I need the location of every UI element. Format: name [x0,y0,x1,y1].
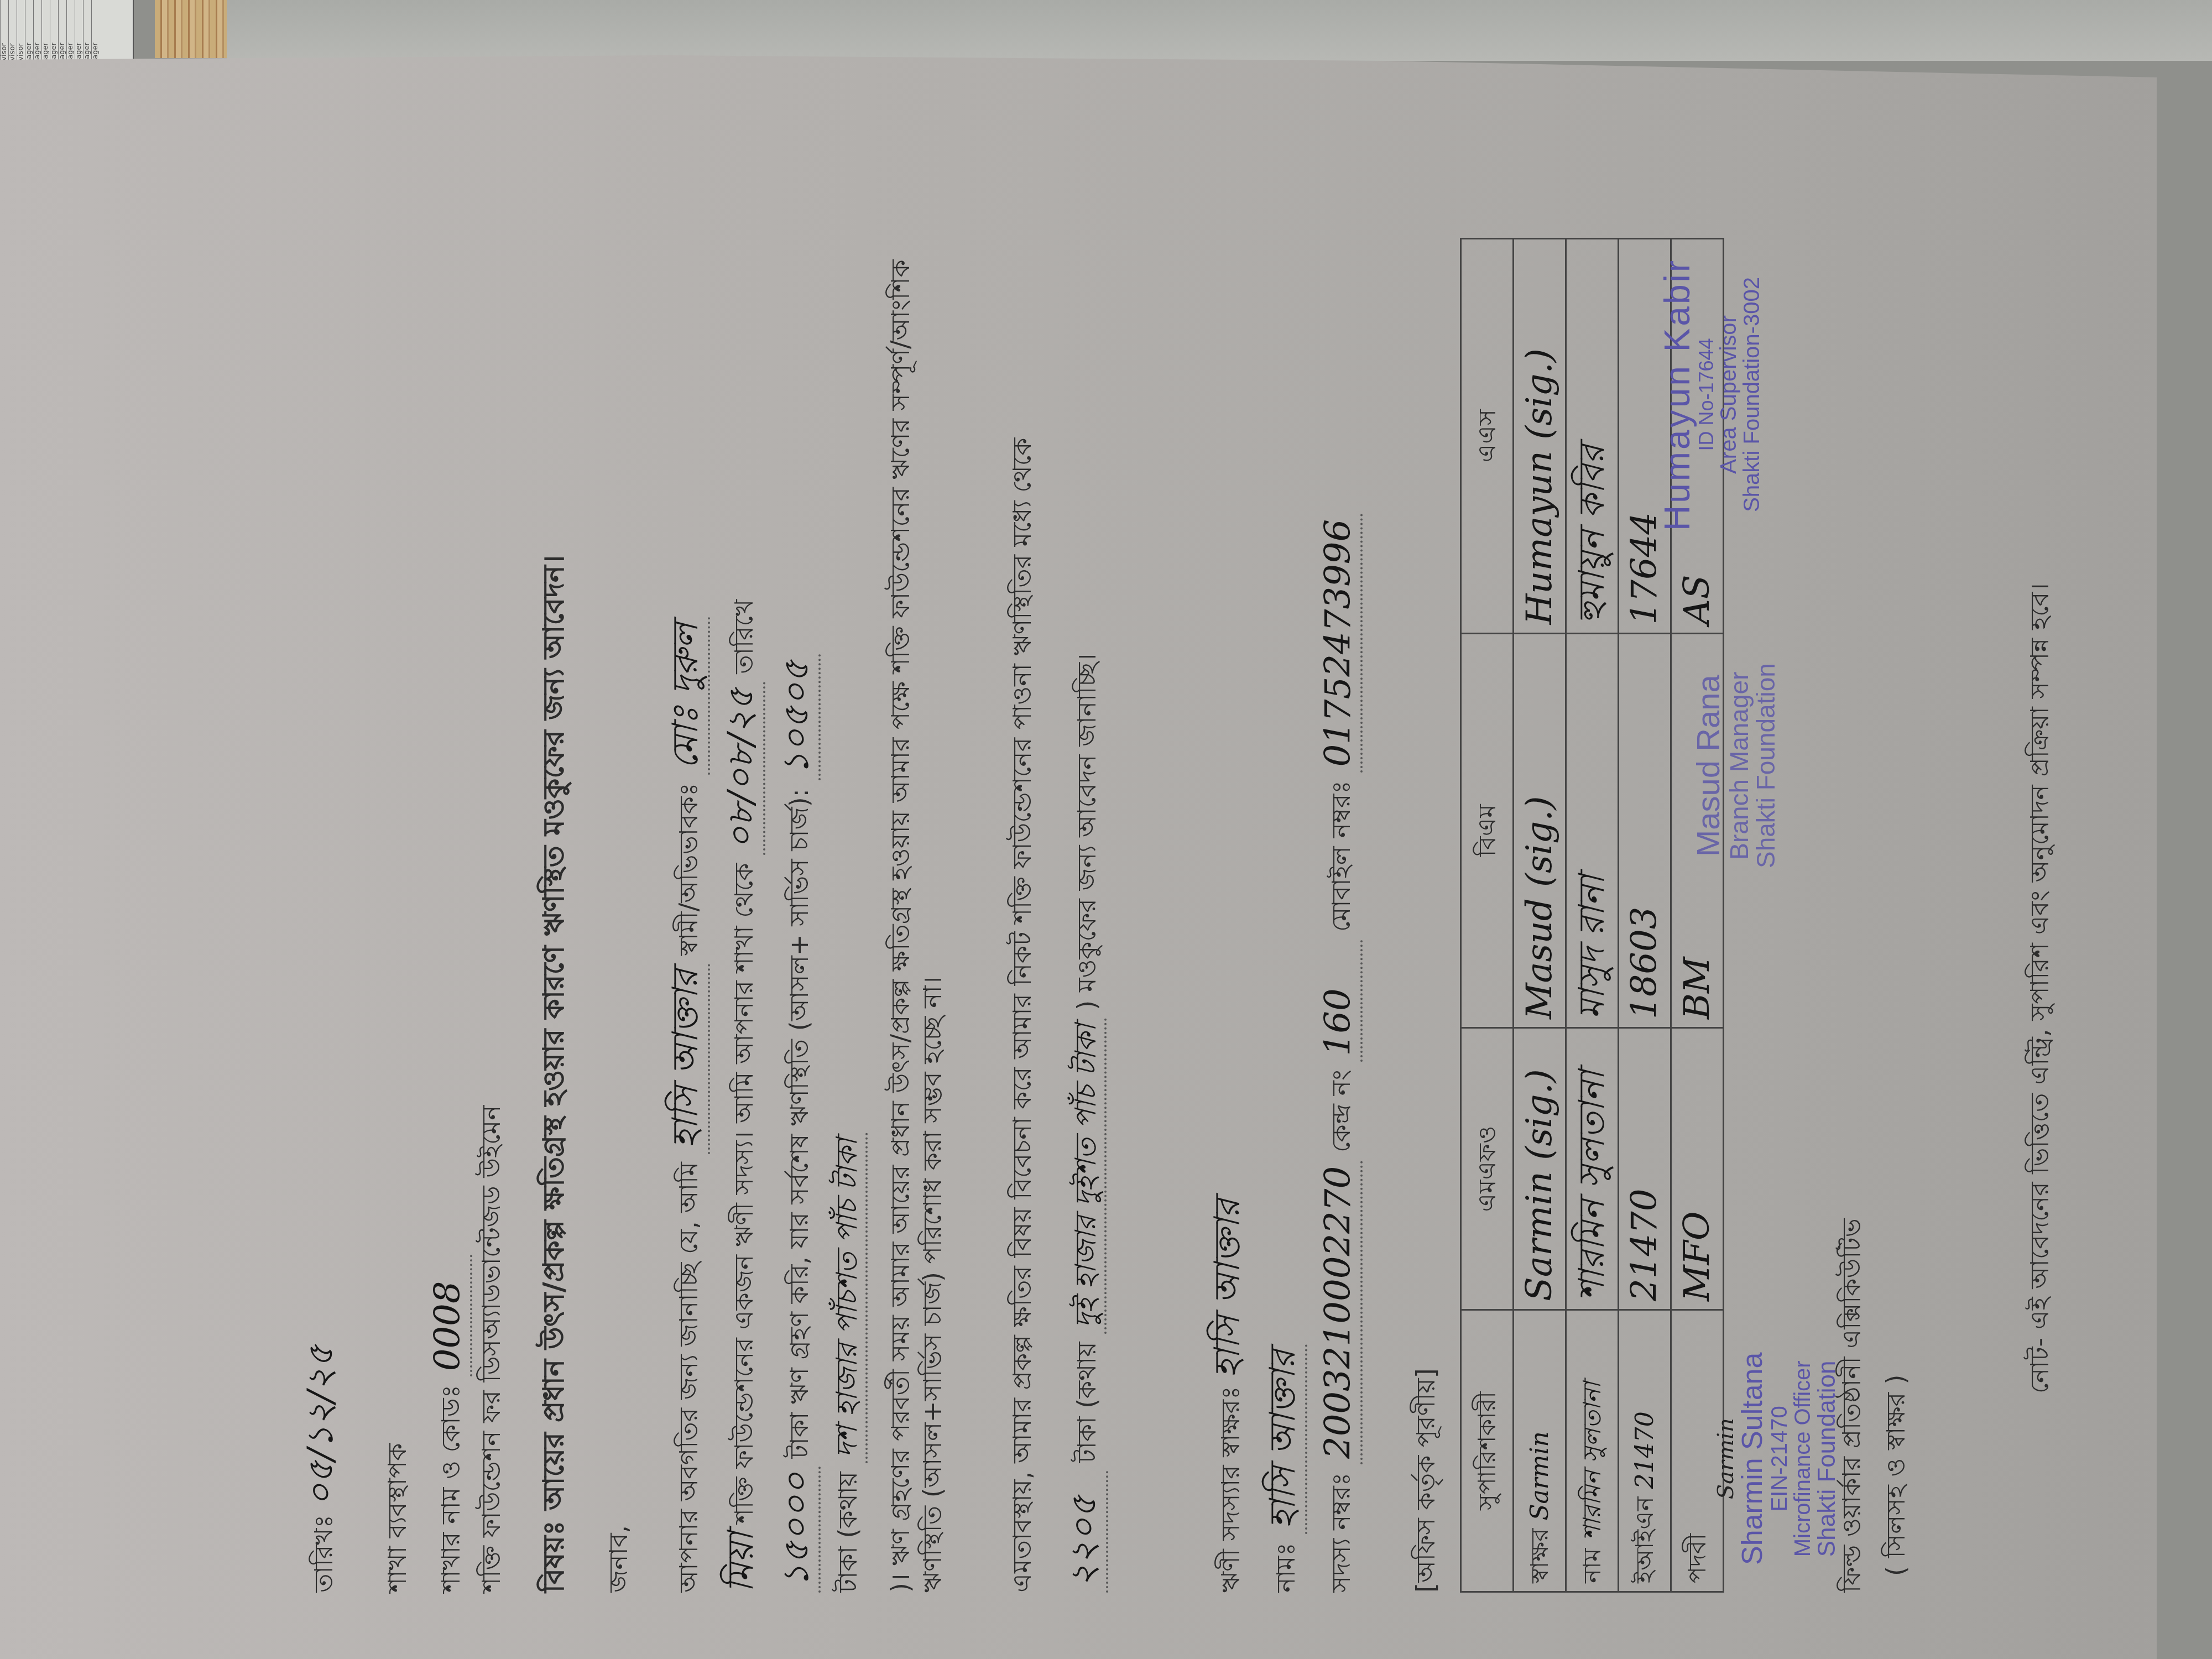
background-sheet-column: nager [58,0,66,64]
background-sheet-column: rvisor [0,0,8,64]
center-no-value: 160 [1316,940,1363,1062]
table-row: নাম শারমিন সুলতানা শারমিন সুলতানা মাসুদ … [1566,239,1619,1592]
applicant-name: হাসি আক্তার [1261,1344,1307,1535]
background-sheet-column: nager [50,0,58,64]
office-use-label: [অফিস কর্তৃক পূরণীয়] [1410,1368,1442,1593]
para1-line4: টাকা (কথায় দশ হাজার পাঁচশত পাঁচ টাকা [830,1133,868,1593]
background-sheet-column: nager [66,0,75,64]
date-label: তারিখঃ [309,1515,338,1593]
para1-line3: ১৫০০০ টাকা ঋণ গ্রহণ করি, যার সর্বশেষ ঋণস… [774,654,821,1593]
col-header: এএস [1461,239,1514,634]
branch-line: শাখার নাম ও কোডঃ 0008 [426,1255,472,1593]
outstanding-amount-field: ১০৫০৫ [774,654,821,780]
table-header-row: সুপারিশকারী এমএফও বিএম এএস [1461,239,1514,1592]
cell: শারমিন সুলতানা [1566,1028,1619,1310]
para1-text: আপনার অবগতির জন্য জানাচ্ছি যে, আমি [674,1162,703,1593]
para1-text: তারিখে [729,599,759,674]
name-label: নামঃ [1271,1542,1301,1593]
para1-text: টাকা ঋণ গ্রহণ করি, যার সর্বশেষ ঋণস্থিতি … [784,789,814,1459]
para1-text: টাকা (কথায় [833,1472,863,1593]
mobile-label: মোবাইল নম্বরঃ [1326,780,1356,932]
col-header: সুপারিশকারী [1461,1310,1514,1592]
row-label: স্বাক্ষর Sarmin [1514,1310,1566,1592]
col-header: বিএম [1461,633,1514,1028]
cell: Masud (sig.) [1514,633,1566,1028]
applicant-name-line: নামঃ হাসি আক্তার [1261,1344,1307,1593]
cell: 21470 [1619,1028,1671,1310]
member-name-field: হাসি আক্তার [664,964,710,1154]
table-row: স্বাক্ষর Sarmin Sarmin (sig.) Masud (sig… [1514,239,1566,1592]
to-line: শাখা ব্যবস্থাপক [382,1443,414,1593]
applicant-signature: হাসি আক্তার [1207,1199,1248,1378]
cell: MFO [1671,1028,1724,1310]
date-line: তারিখঃ ০৫/১২/২৫ [299,1345,343,1593]
para2-text: ) মওকুফের জন্য আবেদন জানাচ্ছি। [1072,653,1102,1010]
member-no-label: সদস্য নম্বরঃ [1326,1473,1356,1593]
background-wood-surface [155,0,227,58]
mfo-stamp: Sarmin Sharmin Sultana EIN-21470 Microfi… [1714,1353,1840,1565]
col-header: এমএফও [1461,1028,1514,1310]
as-stamp: Humayun Kabir ID No-17644 Area Superviso… [1659,258,1764,531]
para2-line2: ২২০৫ টাকা (কথায় দুই হাজার দুইশত পাঁচ টা… [1062,653,1108,1593]
cell: 18603 [1619,633,1671,1028]
background-sheet-column: nager [41,0,50,64]
loan-date-field: ০৮/০৮/২৫ [719,682,765,855]
bm-stamp: Masud Rana Branch Manager Shakti Foundat… [1692,663,1779,868]
background-sheet-column: rvisor [8,0,17,64]
subject-line: বিষয়ঃ আয়ের প্রধান উৎস/প্রকল্প ক্ষতিগ্র… [536,555,572,1593]
para1-line5: )। ঋণ গ্রহণের পরবর্তী সময় আমার আয়ের প্… [885,210,948,1593]
background-sheet-column: nager [83,0,91,64]
cell: Sarmin (sig.) [1514,1028,1566,1310]
cell: Humayun (sig.) [1514,239,1566,634]
row-label: নাম শারমিন সুলতানা [1566,1310,1619,1592]
background-sheet-column: nager [25,0,33,64]
field-executive-label: ফিল্ড ওয়ার্কার প্রতিষ্ঠানী এক্সিকিউটিভ [1836,1218,1868,1593]
applicant-numbers-line: সদস্য নম্বরঃ 2003210002270 কেন্দ্র নং 16… [1316,514,1363,1593]
para2-line1: এমতাবস্থায়, আমার প্রকল্প ক্ষতির বিষয় ব… [1006,438,1039,1593]
waiver-words-field: দুই হাজার দুইশত পাঁচ টাকা [1068,1018,1107,1334]
row-label: ইআইএন 21470 [1619,1310,1671,1592]
para2-text: টাকা (কথায় [1072,1342,1102,1463]
field-executive-sub: ( সিলসহ ও স্বাক্ষর ) [1880,1374,1912,1576]
para1-text: শক্তি ফাউন্ডেশনের একজন ঋণী সদস্য। আমি আপ… [729,863,759,1524]
outstanding-words-field: দশ হাজার পাঁচশত পাঁচ টাকা [830,1133,868,1463]
waiver-amount-field: ২২০৫ [1062,1471,1108,1593]
member-no-value: 2003210002270 [1316,1161,1363,1464]
background-sheet-column: nager [91,0,100,64]
cell: মাসুদ রানা [1566,633,1619,1028]
waiver-application-form: তারিখঃ ০৫/১২/২৫ শাখা ব্যবস্থাপক শাখার না… [221,155,1963,1648]
guardian-label: স্বামী/অভিভাবকঃ [674,783,703,956]
signature-label: ঋণী সদস্যার স্বাক্ষরঃ [1215,1386,1245,1593]
para1-line1: আপনার অবগতির জন্য জানাচ্ছি যে, আমি হাসি … [664,617,710,1593]
branch-label: শাখার নাম ও কোডঃ [436,1385,466,1593]
background-sheet-column: nager [33,0,41,64]
guardian-name-cont: মিয়া [721,1532,761,1593]
applicant-signature-line: ঋণী সদস্যার স্বাক্ষরঃ হাসি আক্তার [1206,1199,1250,1593]
background-wall [227,0,2212,61]
loan-amount-field: ১৫০০০ [774,1467,821,1593]
note-text: নোট- এই আবেদনের ভিত্তিতে এন্ট্রি, সুপারি… [2024,583,2056,1394]
guardian-name-field: মোঃ দুরুল [664,617,710,775]
background-paper-sheet: rvisorrvisorrvisornagernagernagernagerna… [0,0,134,64]
cell: হুমায়ুন কবির [1566,239,1619,634]
background-sheet-column: nager [75,0,83,64]
org-line: শক্তি ফাউন্ডেশন ফর ডিসঅ্যাডভান্টেজড উইমে… [476,1105,508,1593]
salutation: জনাব, [603,1525,635,1593]
mobile-value: 01752473996 [1316,514,1363,773]
center-no-label: কেন্দ্র নং [1326,1070,1356,1152]
date-value: ০৫/১২/২৫ [300,1345,341,1507]
note-container: নোট- এই আবেদনের ভিত্তিতে এন্ট্রি, সুপারি… [2024,221,2079,1438]
branch-code: 0008 [426,1255,472,1376]
background-sheet-column: rvisor [17,0,25,64]
para1-line2: মিয়া শক্তি ফাউন্ডেশনের একজন ঋণী সদস্য। … [719,599,765,1593]
